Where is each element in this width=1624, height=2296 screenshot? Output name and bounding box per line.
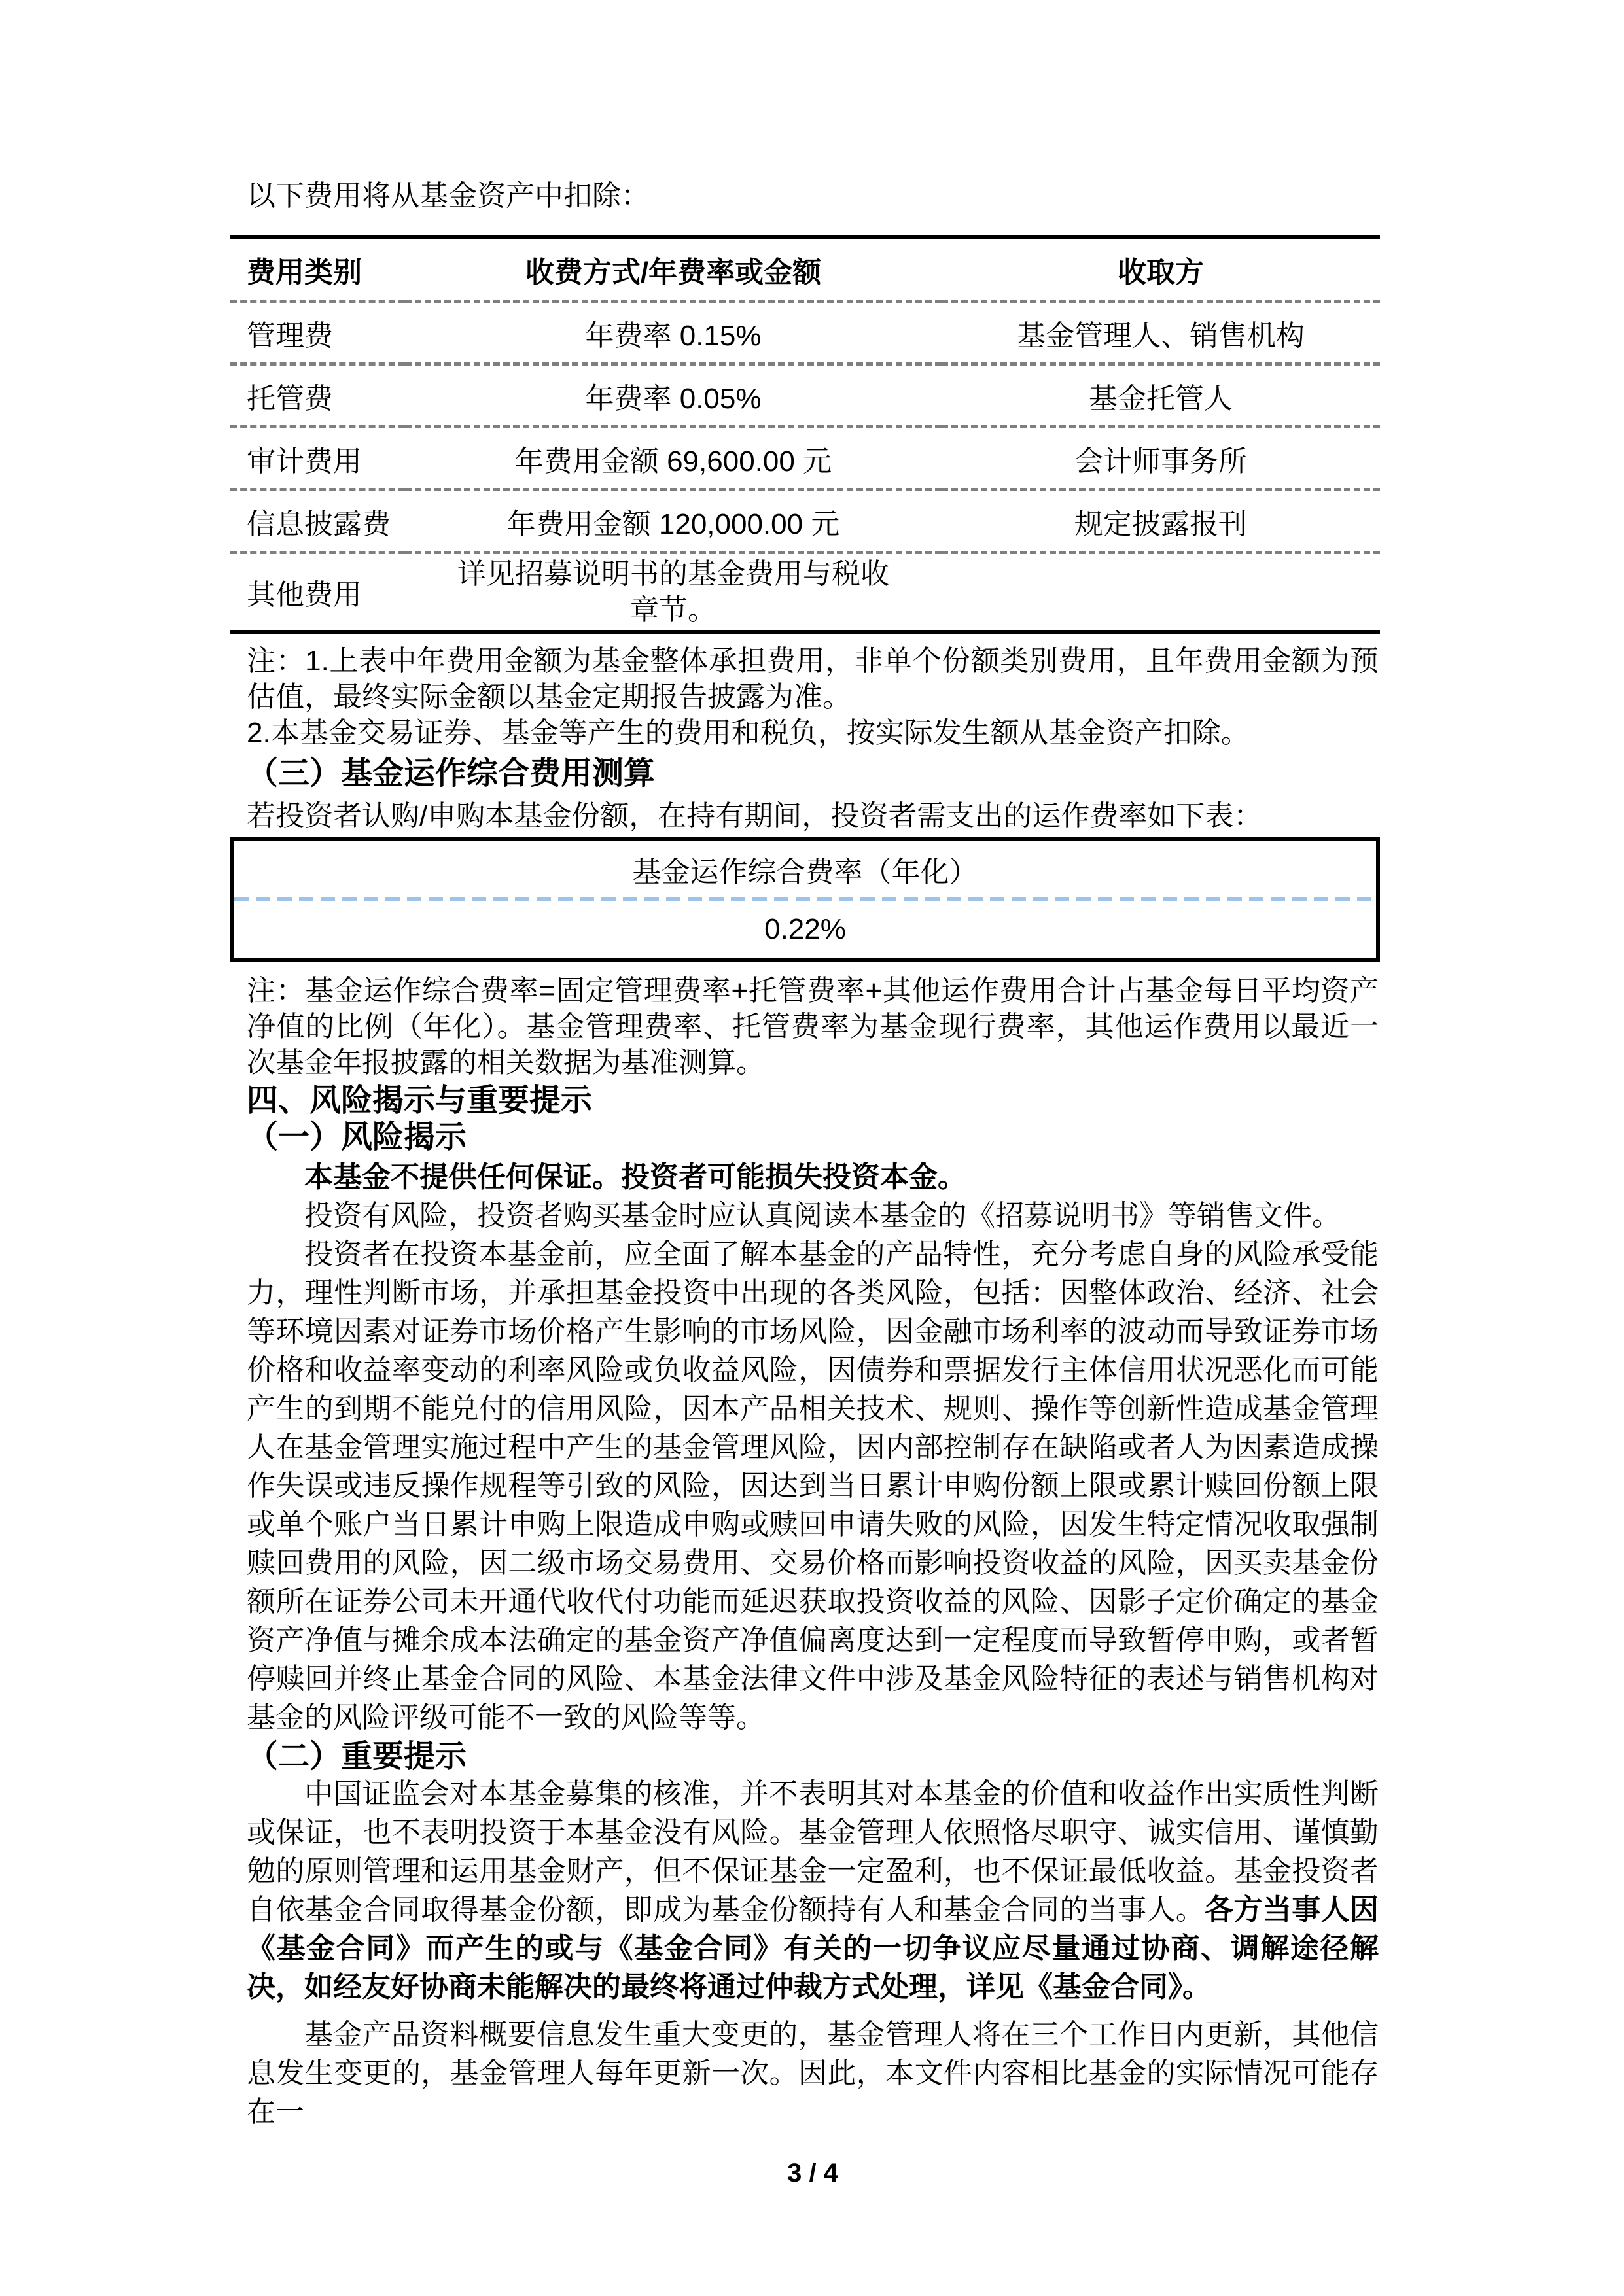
section3-heading: （三）基金运作综合费用测算 [247,756,1379,791]
fee-method-cell: 年费率 0.05% [405,364,942,427]
fee-collector-cell: 基金托管人 [942,364,1380,427]
fee-collector-cell [942,553,1380,633]
section4-1-heading: （一）风险揭示 [247,1120,1379,1155]
fee-category-cell: 信息披露费 [230,490,405,553]
fee-collector-cell: 会计师事务所 [942,427,1380,490]
fee-table-row-custody: 托管费 年费率 0.05% 基金托管人 [230,364,1380,427]
risk-paragraph-1: 投资有风险，投资者购买基金时应认真阅读本基金的《招募说明书》等销售文件。 [247,1196,1379,1235]
fee-table-row-other: 其他费用 详见招募说明书的基金费用与税收 章节。 [230,553,1380,633]
fee-table-row-disclosure: 信息披露费 年费用金额 120,000.00 元 规定披露报刊 [230,490,1380,553]
operating-rate-value: 0.22% [234,901,1376,958]
section3-intro-line: 若投资者认购/申购本基金份额，在持有期间，投资者需支出的运作费率如下表： [247,798,1379,835]
fee-table-note-1: 注：1.上表中年费用金额为基金整体承担费用，非单个份额类别费用，且年费用金额为预… [247,643,1379,715]
fee-table-header-collector: 收取方 [942,237,1380,302]
fee-method-cell: 年费率 0.15% [405,302,942,364]
fee-method-cell: 年费用金额 120,000.00 元 [405,490,942,553]
risk-paragraph-2: 投资者在投资本基金前，应全面了解本基金的产品特性，充分考虑自身的风险承受能力，理… [247,1235,1379,1737]
page-number: 3 / 4 [247,2157,1379,2189]
important-notice-paragraph-1: 中国证监会对本基金募集的核准，并不表明其对本基金的价值和收益作出实质性判断或保证… [247,1775,1379,2006]
operating-rate-table: 基金运作综合费率（年化） 0.22% [230,837,1380,962]
section3-note: 注：基金运作综合费率=固定管理费率+托管费率+其他运作费用合计占基金每日平均资产… [247,973,1379,1081]
fee-method-line-1: 详见招募说明书的基金费用与税收 [405,556,942,592]
fee-table: 费用类别 收费方式/年费率或金额 收取方 管理费 年费率 0.15% 基金管理人… [230,235,1380,634]
fee-category-cell: 托管费 [230,364,405,427]
fee-method-cell: 年费用金额 69,600.00 元 [405,427,942,490]
fee-collector-cell: 规定披露报刊 [942,490,1380,553]
section4-2-heading: （二）重要提示 [247,1739,1379,1775]
operating-rate-table-header: 基金运作综合费率（年化） [234,841,1376,897]
fee-collector-cell: 基金管理人、销售机构 [942,302,1380,364]
section4-heading: 四、风险揭示与重要提示 [247,1083,1379,1119]
fee-table-header-method: 收费方式/年费率或金额 [405,237,942,302]
fee-method-line-2: 章节。 [405,592,942,628]
fee-method-cell: 详见招募说明书的基金费用与税收 章节。 [405,553,942,633]
important-notice-paragraph-2: 基金产品资料概要信息发生重大变更的，基金管理人将在三个工作日内更新，其他信息发生… [247,2015,1379,2131]
fee-category-cell: 审计费用 [230,427,405,490]
document-page: 以下费用将从基金资产中扣除： 费用类别 收费方式/年费率或金额 收取方 管理费 … [0,0,1624,2296]
fee-table-note-2: 2.本基金交易证券、基金等产生的费用和税负，按实际发生额从基金资产扣除。 [247,715,1379,751]
fee-table-row-audit: 审计费用 年费用金额 69,600.00 元 会计师事务所 [230,427,1380,490]
fee-table-header-row: 费用类别 收费方式/年费率或金额 收取方 [230,237,1380,302]
fee-category-cell: 其他费用 [230,553,405,633]
risk-guarantee-notice: 本基金不提供任何保证。投资者可能损失投资本金。 [247,1158,1379,1196]
fee-table-row-management: 管理费 年费率 0.15% 基金管理人、销售机构 [230,302,1380,364]
fee-table-header-category: 费用类别 [230,237,405,302]
fee-category-cell: 管理费 [230,302,405,364]
fees-intro-line: 以下费用将从基金资产中扣除： [247,178,1379,215]
